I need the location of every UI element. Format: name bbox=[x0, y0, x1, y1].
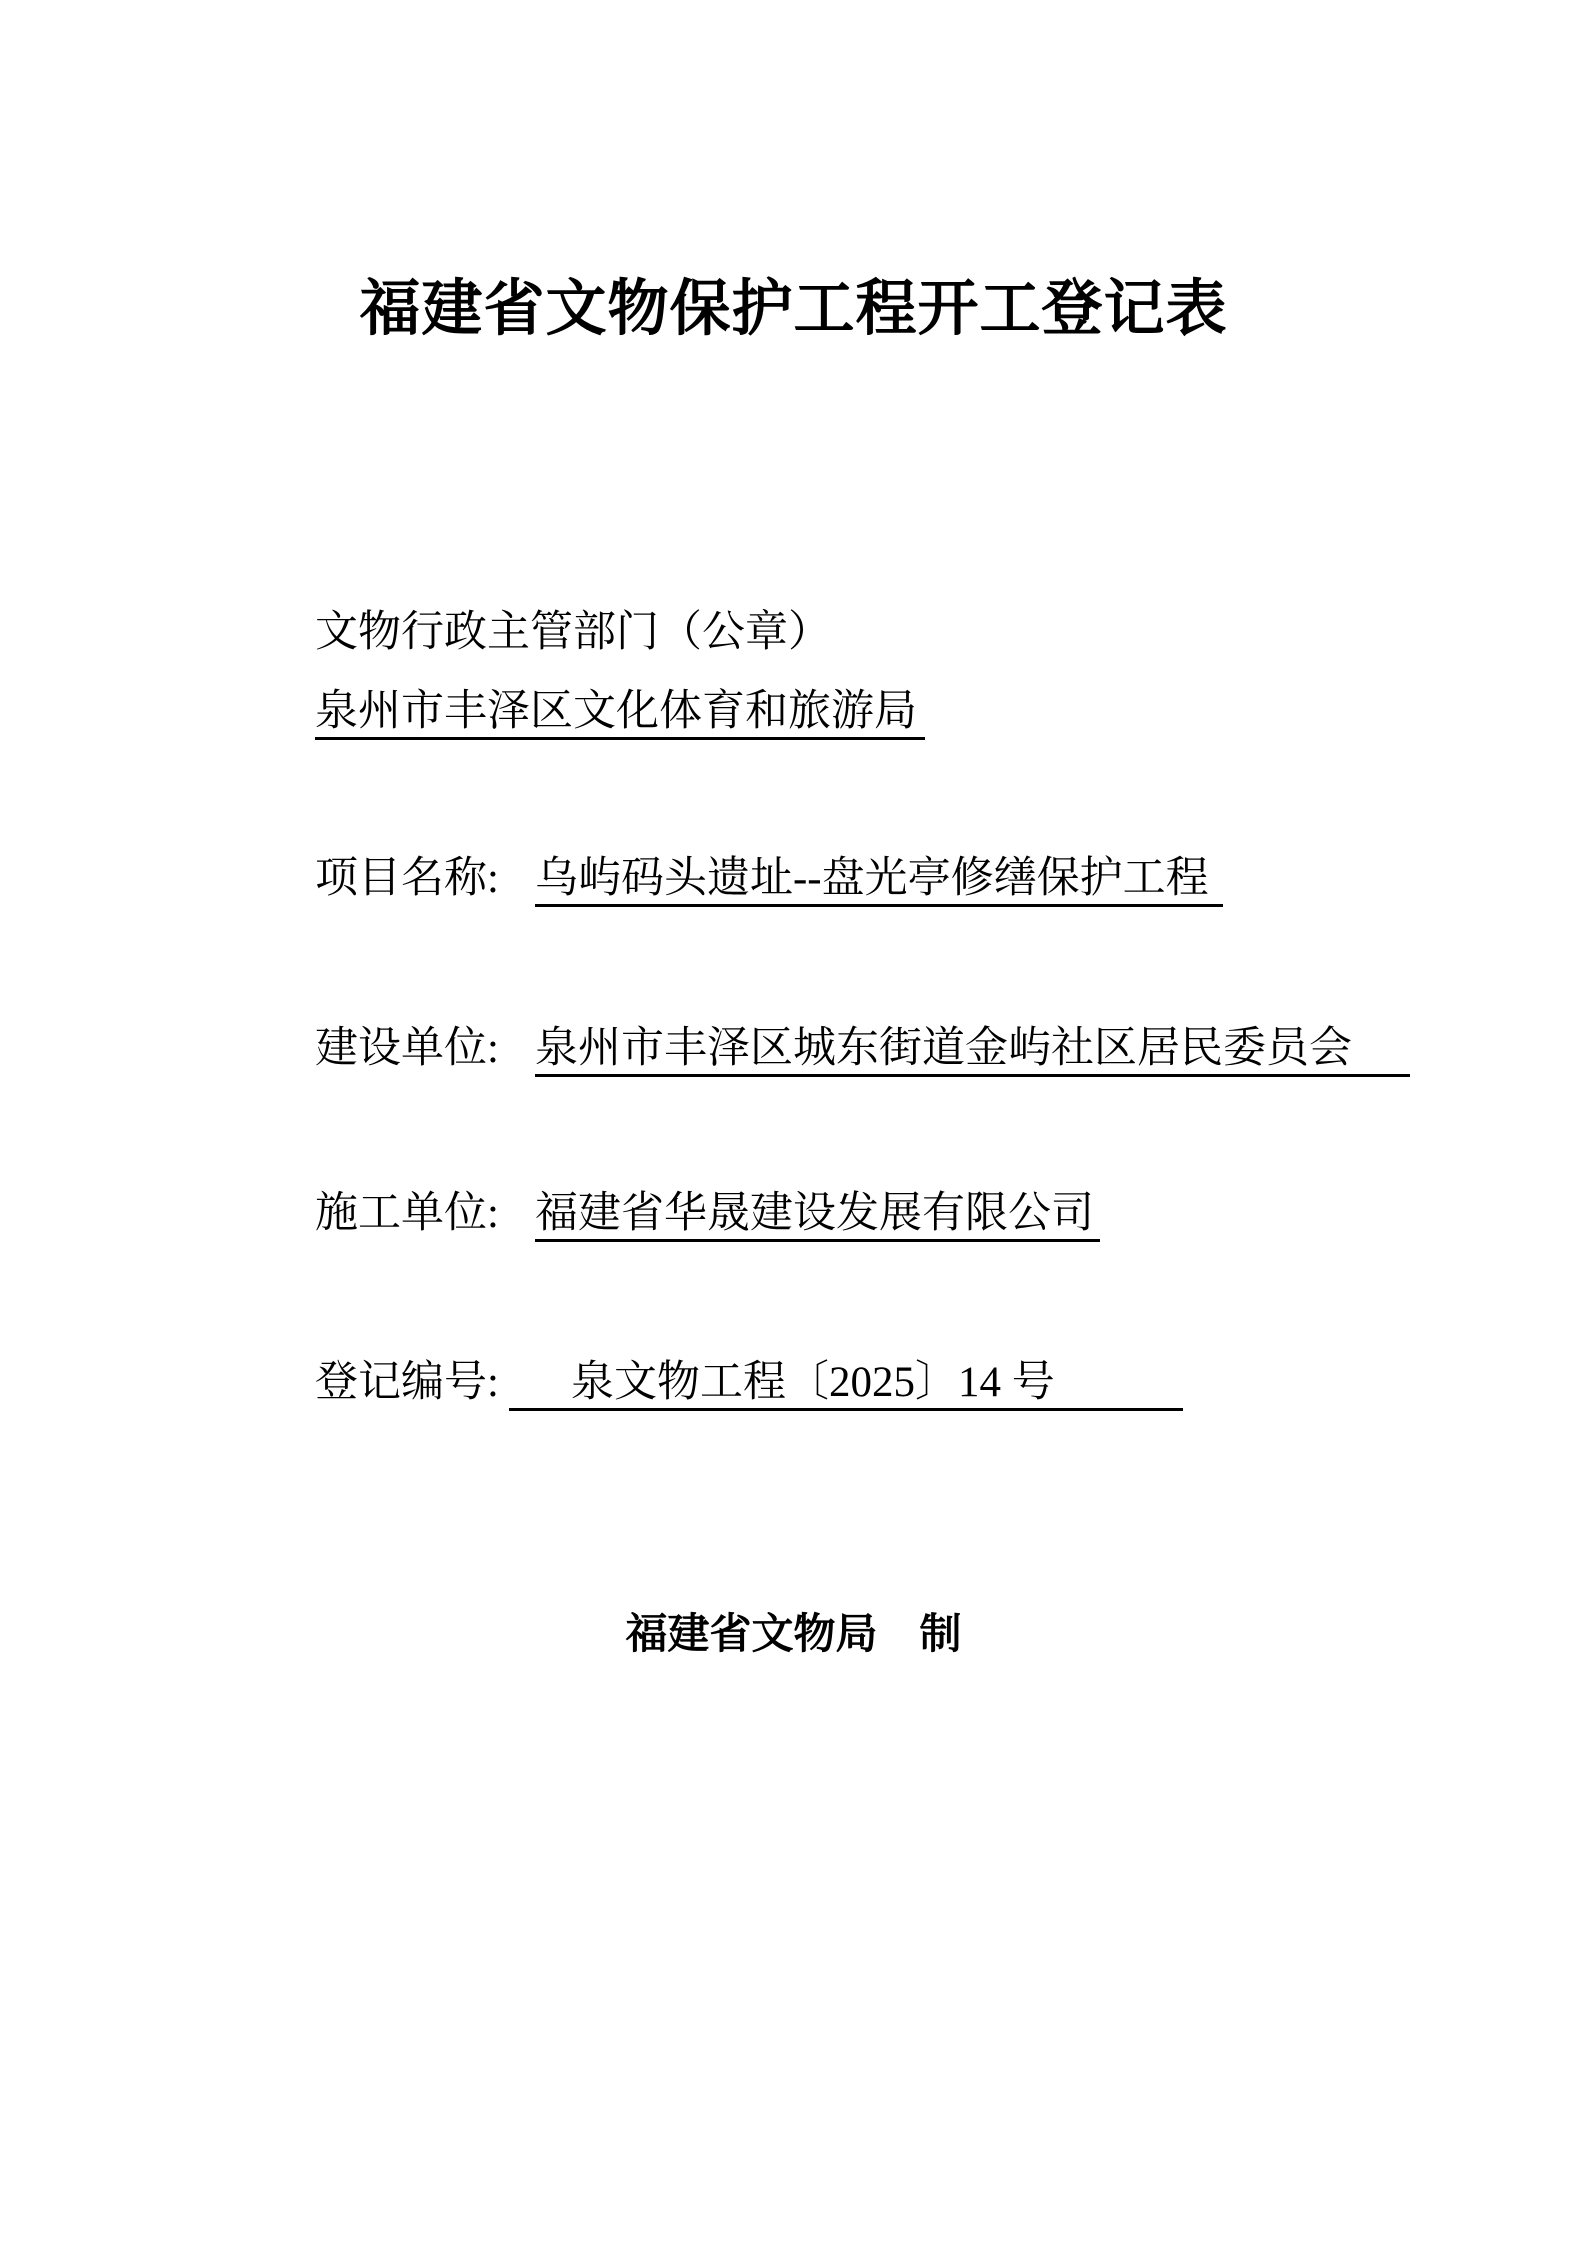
issuing-authority-footer: 福建省文物局 制 bbox=[0, 1613, 1587, 1655]
registration-number-value: 泉文物工程〔2025〕14 号 bbox=[509, 1361, 1183, 1411]
construction-unit-label: 建设单位: bbox=[315, 1025, 499, 1072]
field-project-name: 项目名称:乌屿码头遗址--盘光亭修缮保护工程 bbox=[315, 857, 1223, 907]
registration-number-label: 登记编号: bbox=[315, 1359, 499, 1406]
contractor-unit-label: 施工单位: bbox=[315, 1190, 499, 1237]
authority-label-text: 文物行政主管部门（公章） bbox=[315, 609, 831, 656]
field-construction-unit: 建设单位:泉州市丰泽区城东街道金屿社区居民委员会 bbox=[315, 1027, 1410, 1077]
authority-value-text: 泉州市丰泽区文化体育和旅游局 bbox=[315, 690, 925, 740]
field-contractor-unit: 施工单位:福建省华晟建设发展有限公司 bbox=[315, 1192, 1100, 1242]
project-name-value: 乌屿码头遗址--盘光亭修缮保护工程 bbox=[535, 857, 1223, 907]
registration-form-cover-page: 福建省文物保护工程开工登记表 文物行政主管部门（公章） 泉州市丰泽区文化体育和旅… bbox=[0, 0, 1587, 2245]
authority-label: 文物行政主管部门（公章） bbox=[315, 611, 831, 654]
contractor-unit-value: 福建省华晟建设发展有限公司 bbox=[535, 1192, 1100, 1242]
authority-value: 泉州市丰泽区文化体育和旅游局 bbox=[315, 690, 925, 740]
field-registration-number: 登记编号:泉文物工程〔2025〕14 号 bbox=[315, 1361, 1183, 1411]
project-name-label: 项目名称: bbox=[315, 855, 499, 902]
document-title: 福建省文物保护工程开工登记表 bbox=[0, 278, 1587, 339]
construction-unit-value: 泉州市丰泽区城东街道金屿社区居民委员会 bbox=[535, 1027, 1410, 1077]
